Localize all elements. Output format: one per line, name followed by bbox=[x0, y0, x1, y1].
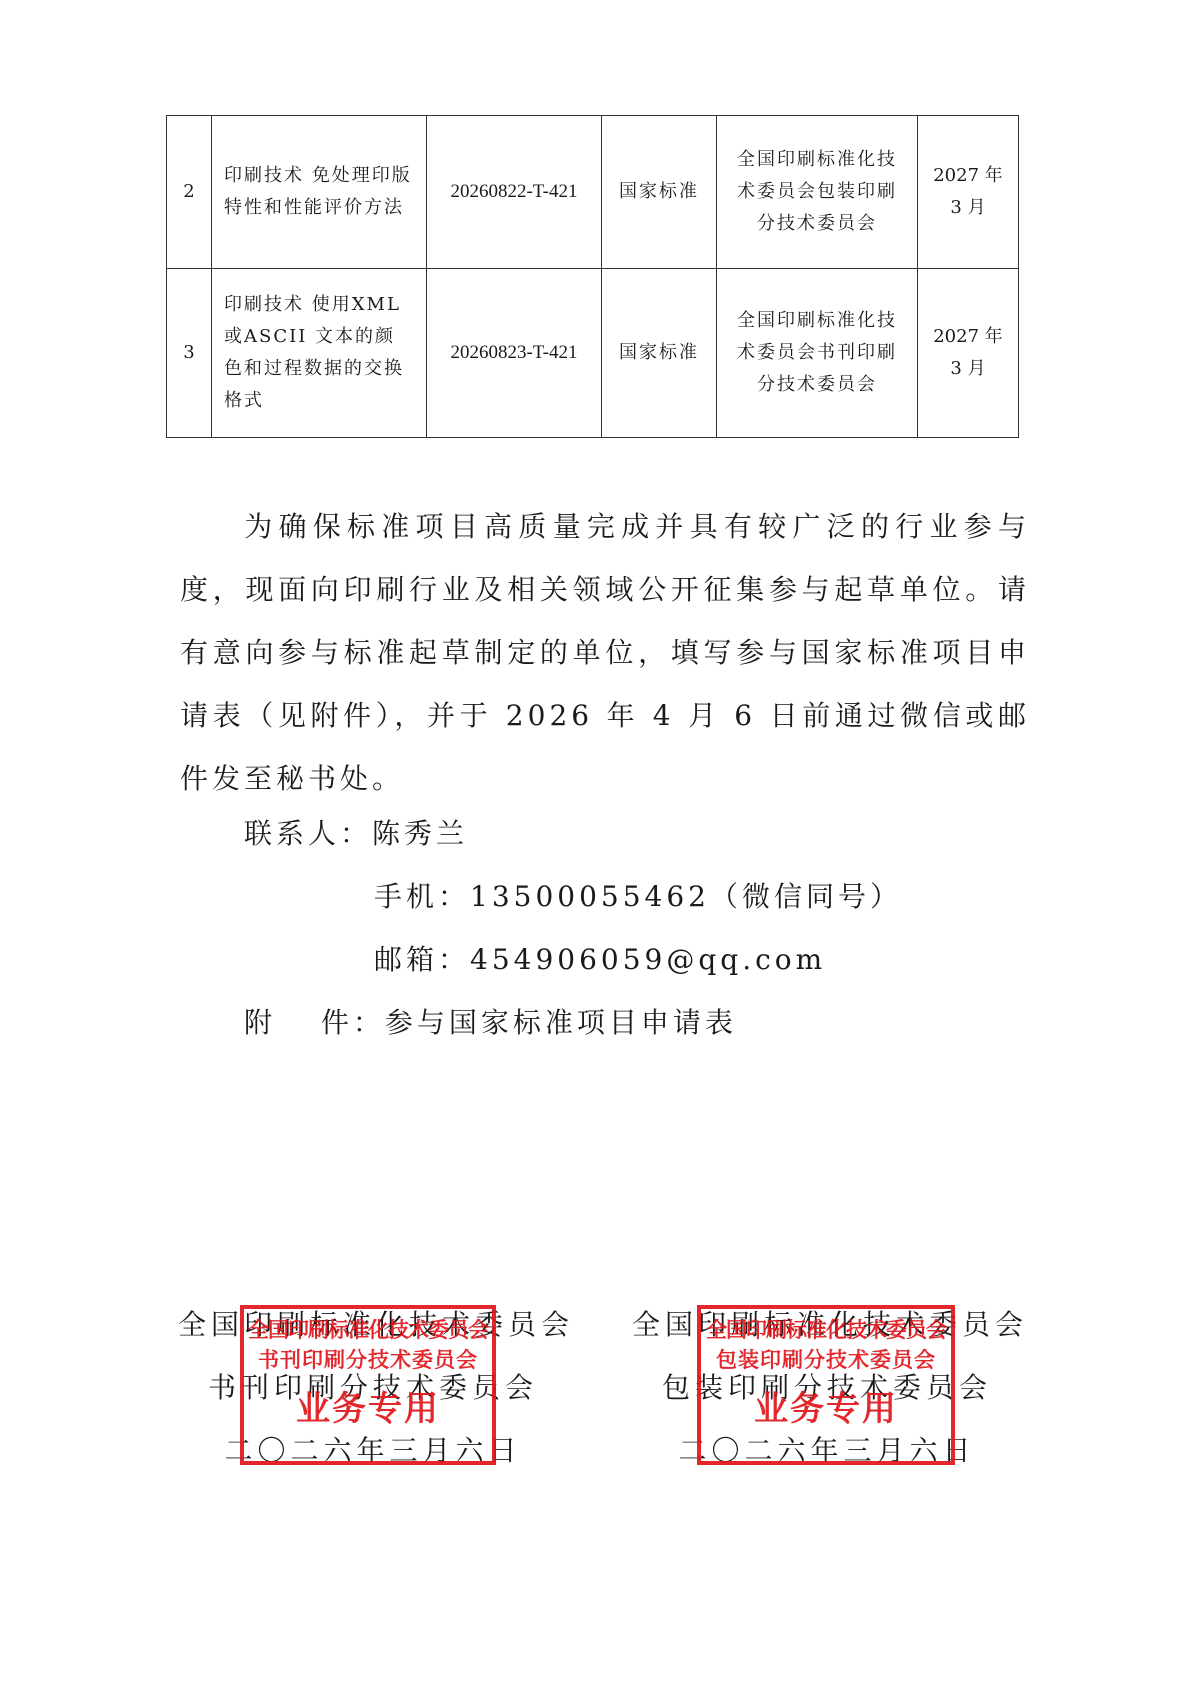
stamp-line3: 业务专用 bbox=[701, 1385, 951, 1433]
phone-label: 手机： bbox=[374, 880, 470, 913]
attachment-value: 参与国家标准项目申请表 bbox=[385, 1006, 737, 1039]
phone-value: 13500055462（微信同号） bbox=[470, 880, 902, 913]
email-line: 邮箱：454906059@qq.com bbox=[374, 938, 826, 978]
email-value[interactable]: 454906059@qq.com bbox=[470, 943, 826, 976]
official-stamp-right: 全国印刷标准化技术委员会 包装印刷分技术委员会 业务专用 bbox=[697, 1305, 955, 1465]
stamp-line1: 全国印刷标准化技术委员会 bbox=[701, 1315, 951, 1345]
table-row: 2 印刷技术 免处理印版 特性和性能评价方法 20260822-T-421 国家… bbox=[167, 116, 1019, 269]
row-number: 2 bbox=[167, 116, 212, 269]
standard-name: 印刷技术 免处理印版 特性和性能评价方法 bbox=[212, 116, 427, 269]
official-stamp-left: 全国印刷标准化技术委员会 书刊印刷分技术委员会 业务专用 bbox=[240, 1305, 496, 1465]
stamp-line1: 全国印刷标准化技术委员会 bbox=[244, 1315, 492, 1345]
email-label: 邮箱： bbox=[374, 943, 470, 976]
responsible-org: 全国印刷标准化技术委员会包装印刷分技术委员会 bbox=[717, 116, 918, 269]
phone-line: 手机：13500055462（微信同号） bbox=[374, 875, 902, 915]
table-row: 3 印刷技术 使用XML或ASCII 文本的颜色和过程数据的交换格式 20260… bbox=[167, 269, 1019, 438]
date-month: 3 月 bbox=[930, 192, 1006, 224]
row-number: 3 bbox=[167, 269, 212, 438]
contact-name: 陈秀兰 bbox=[372, 817, 468, 850]
project-code: 20260823-T-421 bbox=[427, 269, 602, 438]
stamp-line2: 书刊印刷分技术委员会 bbox=[244, 1345, 492, 1375]
standard-type: 国家标准 bbox=[602, 269, 717, 438]
stamp-line2: 包装印刷分技术委员会 bbox=[701, 1345, 951, 1375]
attachment-label: 附 件： bbox=[244, 1006, 385, 1039]
attachment-line: 附 件：参与国家标准项目申请表 bbox=[244, 1001, 737, 1041]
completion-date: 2027 年 3 月 bbox=[918, 116, 1019, 269]
standard-type: 国家标准 bbox=[602, 116, 717, 269]
completion-date: 2027 年 3 月 bbox=[918, 269, 1019, 438]
stamp-line3: 业务专用 bbox=[244, 1385, 492, 1433]
contact-label: 联系人： bbox=[244, 817, 372, 850]
paragraph-text: 为确保标准项目高质量完成并具有较广泛的行业参与度，现面向印刷行业及相关领域公开征… bbox=[180, 510, 1030, 795]
responsible-org: 全国印刷标准化技术委员会书刊印刷分技术委员会 bbox=[717, 269, 918, 438]
date-year: 2027 年 bbox=[930, 321, 1006, 353]
standard-name: 印刷技术 使用XML或ASCII 文本的颜色和过程数据的交换格式 bbox=[212, 269, 427, 438]
date-month: 3 月 bbox=[930, 353, 1006, 385]
project-code: 20260822-T-421 bbox=[427, 116, 602, 269]
contact-line: 联系人：陈秀兰 bbox=[244, 812, 468, 852]
standards-table: 2 印刷技术 免处理印版 特性和性能评价方法 20260822-T-421 国家… bbox=[166, 115, 1019, 438]
body-paragraph: 为确保标准项目高质量完成并具有较广泛的行业参与度，现面向印刷行业及相关领域公开征… bbox=[180, 495, 1030, 810]
date-year: 2027 年 bbox=[930, 160, 1006, 192]
